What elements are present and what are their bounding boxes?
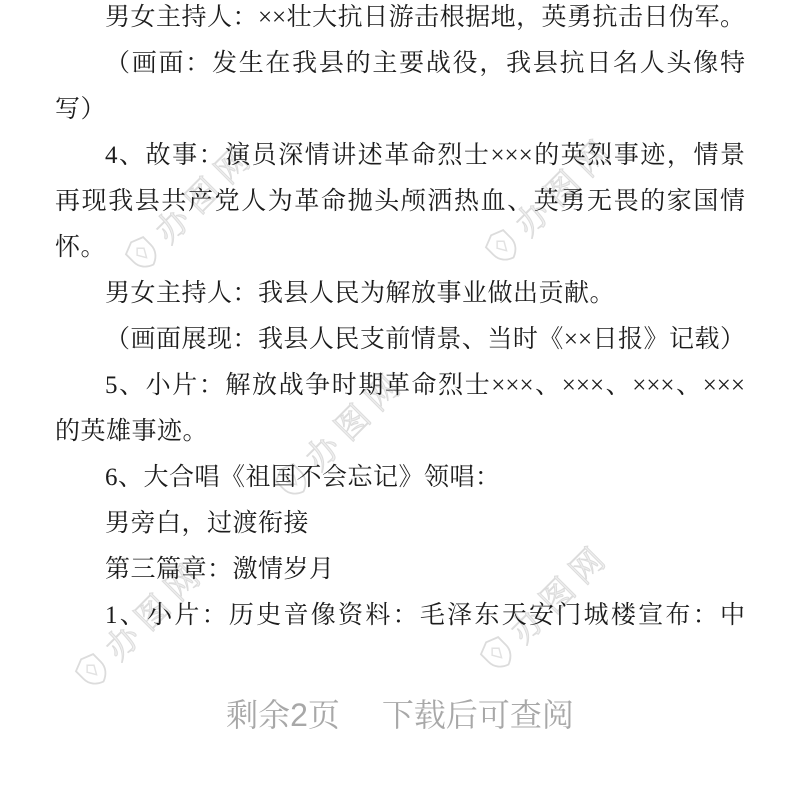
document-line: 男女主持人：我县人民为解放事业做出贡献。 [55,271,745,317]
remaining-pages-label: 剩余2页 [226,695,340,735]
document-page: 办图网 办图网 办图网 办图网 [0,0,800,795]
page-footer: 剩余2页 下载后可查阅 [0,695,800,735]
document-line: 怀。 [55,225,745,271]
document-body: 男女主持人：××壮大抗日游击根据地，英勇抗击日伪军。 （画面：发生在我县的主要战… [0,0,800,795]
download-hint-label: 下载后可查阅 [382,695,574,735]
document-line: 男旁白，过渡衔接 [55,501,745,547]
document-line: 1、小片：历史音像资料：毛泽东天安门城楼宣布：中 [55,593,745,639]
document-line: （画面：发生在我县的主要战役，我县抗日名人头像特 [55,41,745,87]
document-line: 4、故事：演员深情讲述革命烈士×××的英烈事迹，情景 [55,133,745,179]
document-line: 6、大合唱《祖国不会忘记》领唱： [55,455,745,501]
document-line: 第三篇章：激情岁月 [55,547,745,593]
document-line: 再现我县共产党人为革命抛头颅洒热血、英勇无畏的家国情 [55,179,745,225]
document-line: 的英雄事迹。 [55,409,745,455]
document-line: （画面展现：我县人民支前情景、当时《××日报》记载） [55,317,745,363]
document-line: 5、小片：解放战争时期革命烈士×××、×××、×××、××× [55,363,745,409]
document-line: 男女主持人：××壮大抗日游击根据地，英勇抗击日伪军。 [55,0,745,41]
document-line: 写） [55,87,745,133]
